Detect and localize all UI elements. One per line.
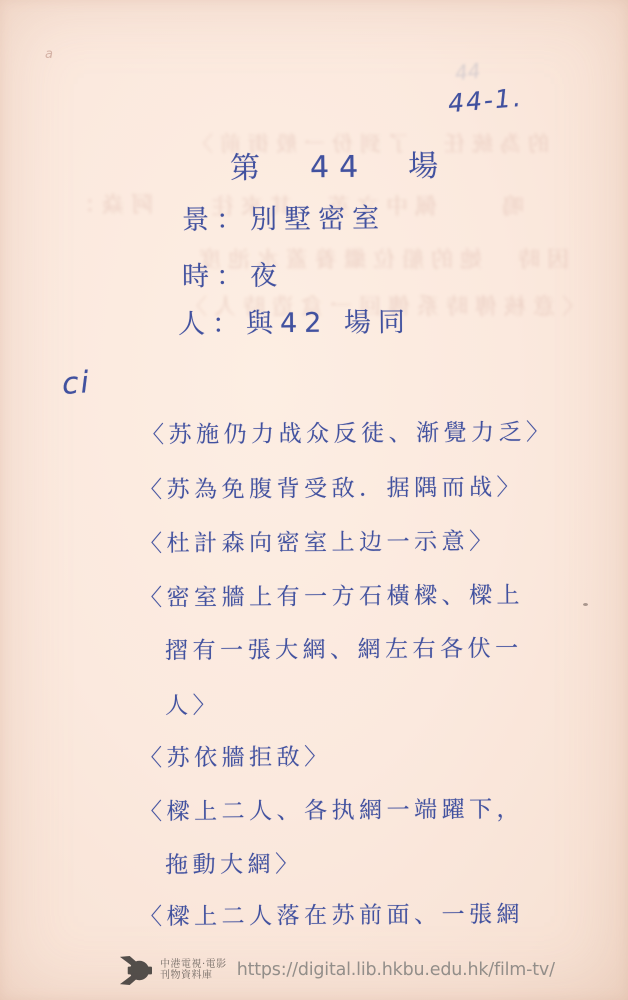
margin-note: ci <box>61 365 92 402</box>
script-line: 〈苏依牆拒敌〉 <box>139 738 332 772</box>
library-name-line1: 中港電視·電影 <box>160 959 227 971</box>
corner-mark: a <box>45 47 53 62</box>
script-line: 〈苏施仍力战众反徒、渐覺力乏〉 <box>141 414 554 450</box>
watermark-url: https://digital.lib.hkbu.edu.hk/film-tv/ <box>237 960 555 980</box>
script-line: 〈密室牆上有一方石橫樑、樑上 <box>139 577 524 613</box>
scene-time: 時：夜 <box>182 254 284 294</box>
ghost-line: 阿焱： <box>66 188 153 219</box>
script-line: 〈苏為免腹背受敌．据隅而战〉 <box>139 469 524 505</box>
script-line: 摺有一張大網、網左右各伏一 <box>165 630 523 665</box>
scan-speck <box>583 603 588 606</box>
library-name: 中港電視·電影 刊物資料庫 <box>160 959 227 982</box>
script-page: a 44 的為統任 了到份一般街前〉 阿焱： 鳴 佩中文英 其來往 因時 她的船… <box>0 0 628 1000</box>
ghost-page-number: 44 <box>454 59 482 86</box>
page-number: 44-1. <box>447 83 524 118</box>
script-line: 拖動大網〉 <box>165 846 303 880</box>
library-name-line2: 刊物資料庫 <box>160 970 227 982</box>
scene-heading: 第 44 場 <box>230 141 449 187</box>
scene-cast: 人：與42 場同 <box>178 300 412 341</box>
scene-setting: 景：別墅密室 <box>182 196 386 237</box>
script-line: 人〉 <box>165 687 220 720</box>
script-line: 〈樑上二人落在苏前面、一張網 <box>139 896 524 932</box>
library-watermark: 中港電視·電影 刊物資料庫 https://digital.lib.hkbu.e… <box>118 950 555 990</box>
script-line: 〈杜計森向密室上边一示意〉 <box>139 523 497 558</box>
film-light-logo-icon <box>118 954 153 987</box>
script-line: 〈樑上二人、各执網一端躍下， <box>139 791 524 827</box>
